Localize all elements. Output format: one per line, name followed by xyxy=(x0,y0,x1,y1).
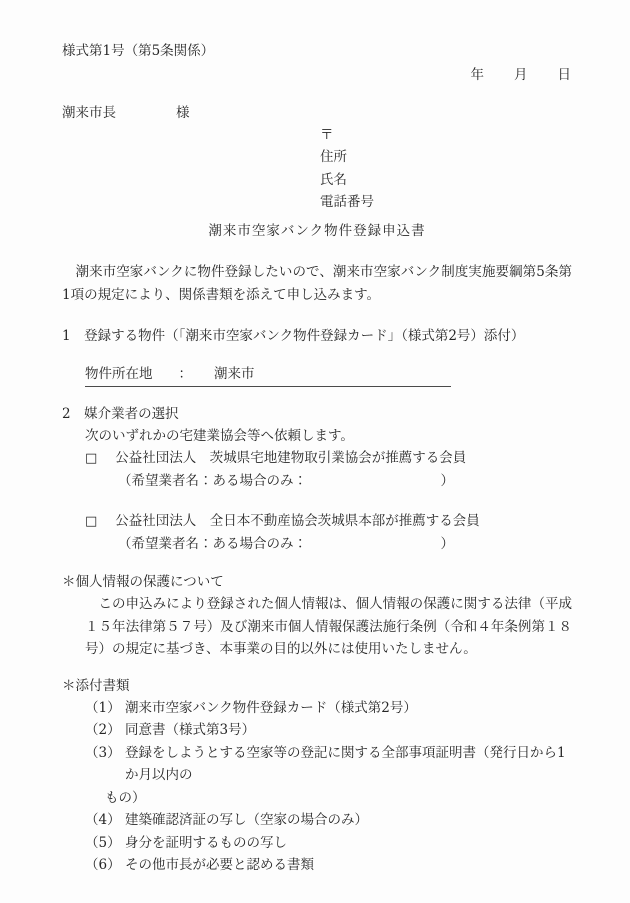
name-label: 氏名 xyxy=(320,169,572,191)
attachment-item-3-line1: 登録をしようとする空家等の登記に関する全部事項証明書（発行日から1か月以内の xyxy=(125,745,566,784)
date-line: 年 月 日 xyxy=(62,64,572,86)
attachment-item-3: （3） 登録をしようとする空家等の登記に関する全部事項証明書（発行日から1か月以… xyxy=(62,742,572,810)
addressee-honorific: 様 xyxy=(176,105,190,121)
attachment-item-6-text: その他市長が必要と認める書類 xyxy=(125,854,572,877)
form-number: 様式第1号（第5条関係） xyxy=(62,40,572,62)
attachment-item-2-text: 同意書（様式第3号） xyxy=(125,719,572,742)
attachment-item-5-text: 身分を証明するものの写し xyxy=(125,832,572,855)
postal-mark: 〒 xyxy=(320,124,572,146)
attachment-item-2-number: （2） xyxy=(85,719,125,742)
privacy-body: この申込みにより登録された個人情報は、個人情報の保護に関する法律（平成１５年法律… xyxy=(85,593,572,661)
broker-option-2-note: （希望業者名：ある場合のみ： ） xyxy=(118,533,454,555)
broker-option-1-note: （希望業者名：ある場合のみ： ） xyxy=(118,470,454,492)
intro-paragraph: 潮来市空家バンクに物件登録したいので、潮来市空家バンク制度実施要綱第5条第1項の… xyxy=(62,261,572,307)
broker-option-2-label: 公益社団法人 全日本不動産協会茨城県本部が推薦する会員 xyxy=(115,510,480,532)
attachment-item-5-number: （5） xyxy=(85,832,125,855)
broker-option-1: □ 公益社団法人 茨城県宅地建物取引業協会が推薦する会員 xyxy=(85,447,572,470)
broker-option-2: □ 公益社団法人 全日本不動産協会茨城県本部が推薦する会員 xyxy=(85,510,572,533)
attachment-item-1-text: 潮来市空家バンク物件登録カード（様式第2号） xyxy=(125,697,572,720)
attachment-item-2: （2） 同意書（様式第3号） xyxy=(62,719,572,742)
attachment-item-6: （6） その他市長が必要と認める書類 xyxy=(62,854,572,877)
attachment-item-1: （1） 潮来市空家バンク物件登録カード（様式第2号） xyxy=(62,697,572,720)
attachment-item-3-text: 登録をしようとする空家等の登記に関する全部事項証明書（発行日から1か月以内の も… xyxy=(125,742,572,810)
attachment-item-4-number: （4） xyxy=(85,809,125,832)
privacy-heading: ＊個人情報の保護について xyxy=(62,571,572,593)
property-location-colon: ： xyxy=(179,363,193,385)
property-location-field: 物件所在地 ： 潮来市 xyxy=(85,363,451,387)
broker-option-1-note-text: （希望業者名：ある場合のみ： xyxy=(118,470,307,492)
broker-option-2-note-text: （希望業者名：ある場合のみ： xyxy=(118,533,307,555)
broker-option-1-label: 公益社団法人 茨城県宅地建物取引業協会が推薦する会員 xyxy=(115,447,466,469)
section2-subheading: 次のいずれかの宅建業協会等へ依頼します。 xyxy=(85,425,572,447)
checkbox-icon: □ xyxy=(85,511,97,533)
attachment-item-5: （5） 身分を証明するものの写し xyxy=(62,832,572,855)
addressee-line: 潮来市長様 xyxy=(62,102,572,124)
property-location-value: 潮来市 xyxy=(214,363,255,385)
document-page: 様式第1号（第5条関係） 年 月 日 潮来市長様 〒 住所 氏名 電話番号 潮来… xyxy=(0,0,630,903)
attachment-item-3-number: （3） xyxy=(85,742,125,765)
checkbox-icon: □ xyxy=(85,448,97,470)
attachment-item-3-line2: もの） xyxy=(105,787,572,810)
property-location-label: 物件所在地 xyxy=(85,363,153,385)
section2-heading: 2 媒介業者の選択 xyxy=(62,403,572,425)
applicant-block: 〒 住所 氏名 電話番号 xyxy=(320,124,572,213)
address-label: 住所 xyxy=(320,146,572,168)
attachment-item-4-text: 建築確認済証の写し（空家の場合のみ） xyxy=(125,809,572,832)
phone-label: 電話番号 xyxy=(320,191,572,213)
document-title: 潮来市空家バンク物件登録申込書 xyxy=(62,220,572,242)
attachments-heading: ＊添付書類 xyxy=(62,675,572,697)
attachment-item-6-number: （6） xyxy=(85,854,125,877)
addressee-name: 潮来市長 xyxy=(62,105,116,121)
attachment-item-4: （4） 建築確認済証の写し（空家の場合のみ） xyxy=(62,809,572,832)
broker-option-2-note-close: ） xyxy=(441,533,455,555)
broker-option-1-note-close: ） xyxy=(441,470,455,492)
attachment-item-1-number: （1） xyxy=(85,697,125,720)
section1-heading: 1 登録する物件（「潮来市空家バンク物件登録カード」（様式第2号）添付） xyxy=(62,325,572,347)
